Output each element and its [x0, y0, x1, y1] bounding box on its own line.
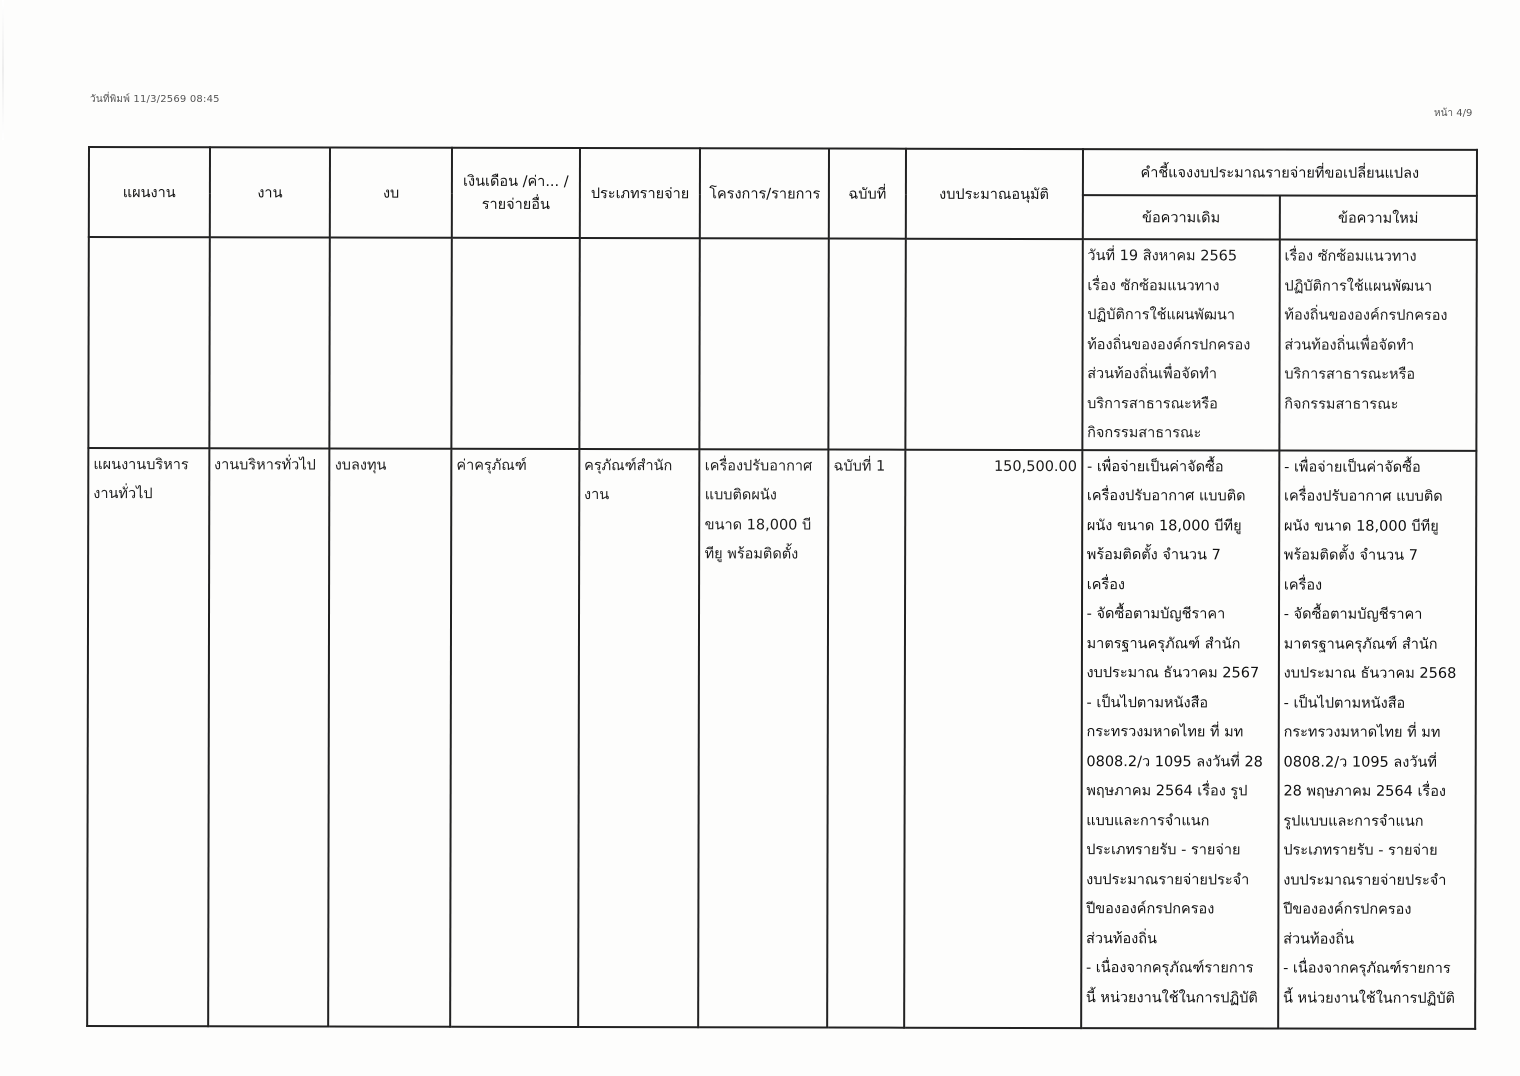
cell-budget-text: งบลงทุน — [331, 449, 451, 481]
cell-category-text: ค่าครุภัณฑ์ — [452, 449, 578, 481]
cell-project-text: เครื่องปรับอากาศ แบบติดผนัง ขนาด 18,000 … — [701, 450, 828, 570]
cell-plan: แผนงานบริหาร งานทั่วไป — [87, 448, 209, 1026]
header-new-text-label: ข้อความใหม่ — [1338, 210, 1418, 226]
cell-version-text — [830, 240, 904, 242]
cell-category — [451, 238, 579, 449]
cell-category: ค่าครุภัณฑ์ — [450, 448, 579, 1026]
scan-edge-shadow — [2, 0, 4, 140]
cell-work-text: งานบริหารทั่วไป — [210, 449, 329, 481]
header-approved-amount-text: งบประมาณอนุมัติ — [939, 186, 1049, 202]
print-date: วันที่พิมพ์ 11/3/2569 08:45 — [90, 92, 220, 107]
table-row: แผนงานบริหาร งานทั่วไป งานบริหารทั่วไป ง… — [87, 448, 1476, 1029]
cell-plan — [88, 237, 209, 448]
cell-expense-type-text — [581, 239, 700, 241]
header-project-text: โครงการ/รายการ — [709, 186, 820, 202]
page-number-label: หน้า — [1434, 108, 1453, 119]
cell-work: งานบริหารทั่วไป — [208, 448, 330, 1026]
cell-old-text-content: - เพื่อจ่ายเป็นค่าจัดซื้อ เครื่องปรับอาก… — [1082, 451, 1278, 1014]
cell-approved-amount — [905, 239, 1082, 450]
cell-version: ฉบับที่ 1 — [827, 449, 905, 1027]
cell-new-text: เรื่อง ซักซ้อมแนวทาง ปฏิบัติการใช้แผนพัฒ… — [1279, 239, 1477, 450]
cell-budget-text — [331, 239, 451, 241]
header-old-text-label: ข้อความเดิม — [1142, 210, 1220, 226]
cell-budget — [330, 238, 452, 449]
header-version-text: ฉบับที่ — [848, 186, 886, 202]
cell-approved-amount-text — [906, 240, 1081, 242]
print-date-label: วันที่พิมพ์ — [90, 94, 130, 105]
cell-new-text-content: เรื่อง ซักซ้อมแนวทาง ปฏิบัติการใช้แผนพัฒ… — [1280, 240, 1476, 419]
cell-project-text — [701, 239, 828, 241]
header-plan: แผนงาน — [89, 147, 210, 237]
cell-expense-type: ครุภัณฑ์สำนัก งาน — [578, 449, 700, 1027]
cell-old-text-content: วันที่ 19 สิงหาคม 2565 เรื่อง ซักซ้อมแนว… — [1083, 240, 1279, 449]
cell-new-text-content: - เพื่อจ่ายเป็นค่าจัดซื้อ เครื่องปรับอาก… — [1279, 451, 1475, 1014]
cell-category-text — [453, 239, 579, 241]
budget-change-table: แผนงาน งาน งบ เงินเดือน /ค่า... / รายจ่า… — [86, 146, 1478, 1029]
page-number: หน้า 4/9 — [1434, 106, 1472, 121]
header-work-text: งาน — [257, 185, 282, 201]
cell-work — [209, 237, 330, 448]
header-approved-amount: งบประมาณอนุมัติ — [905, 149, 1082, 239]
header-explanation-group: คำชี้แจงงบประมาณรายจ่ายที่ขอเปลี่ยนแปลง — [1083, 149, 1477, 196]
header-new-text: ข้อความใหม่ — [1280, 195, 1477, 239]
page-number-value: 4/9 — [1456, 108, 1472, 119]
cell-project: เครื่องปรับอากาศ แบบติดผนัง ขนาด 18,000 … — [699, 449, 829, 1027]
scanned-page: วันที่พิมพ์ 11/3/2569 08:45 หน้า 4/9 แผน… — [0, 0, 1520, 1076]
cell-expense-type — [579, 238, 700, 449]
header-category-text: เงินเดือน /ค่า... / รายจ่ายอื่น — [463, 174, 569, 213]
cell-expense-type-text: ครุภัณฑ์สำนัก งาน — [580, 450, 699, 511]
header-work: งาน — [209, 147, 330, 237]
cell-budget: งบลงทุน — [329, 448, 452, 1026]
cell-version-text: ฉบับที่ 1 — [830, 450, 905, 482]
header-budget-text: งบ — [383, 185, 399, 201]
header-explanation-group-text: คำชี้แจงงบประมาณรายจ่ายที่ขอเปลี่ยนแปลง — [1140, 165, 1419, 182]
header-plan-text: แผนงาน — [123, 185, 176, 201]
cell-version — [829, 239, 906, 450]
cell-work-text — [210, 238, 329, 240]
cell-approved-amount: 150,500.00 — [904, 449, 1082, 1027]
cell-project — [700, 238, 829, 449]
header-version: ฉบับที่ — [829, 149, 906, 239]
header-category: เงินเดือน /ค่า... / รายจ่ายอื่น — [452, 148, 580, 238]
print-date-value: 11/3/2569 08:45 — [133, 94, 219, 105]
cell-approved-amount-text: 150,500.00 — [906, 450, 1081, 482]
cell-plan-text — [90, 238, 209, 240]
cell-plan-text: แผนงานบริหาร งานทั่วไป — [89, 449, 208, 510]
header-budget: งบ — [330, 148, 452, 238]
header-project: โครงการ/รายการ — [700, 148, 829, 238]
cell-old-text: - เพื่อจ่ายเป็นค่าจัดซื้อ เครื่องปรับอาก… — [1081, 450, 1279, 1028]
budget-change-table-wrapper: แผนงาน งาน งบ เงินเดือน /ค่า... / รายจ่า… — [86, 146, 1478, 1029]
cell-old-text: วันที่ 19 สิงหาคม 2565 เรื่อง ซักซ้อมแนว… — [1082, 239, 1280, 450]
table-row: วันที่ 19 สิงหาคม 2565 เรื่อง ซักซ้อมแนว… — [88, 237, 1476, 450]
cell-new-text: - เพื่อจ่ายเป็นค่าจัดซื้อ เครื่องปรับอาก… — [1278, 450, 1476, 1028]
header-expense-type: ประเภทรายจ่าย — [580, 148, 701, 238]
header-expense-type-text: ประเภทรายจ่าย — [591, 186, 689, 202]
header-old-text: ข้อความเดิม — [1082, 195, 1279, 239]
